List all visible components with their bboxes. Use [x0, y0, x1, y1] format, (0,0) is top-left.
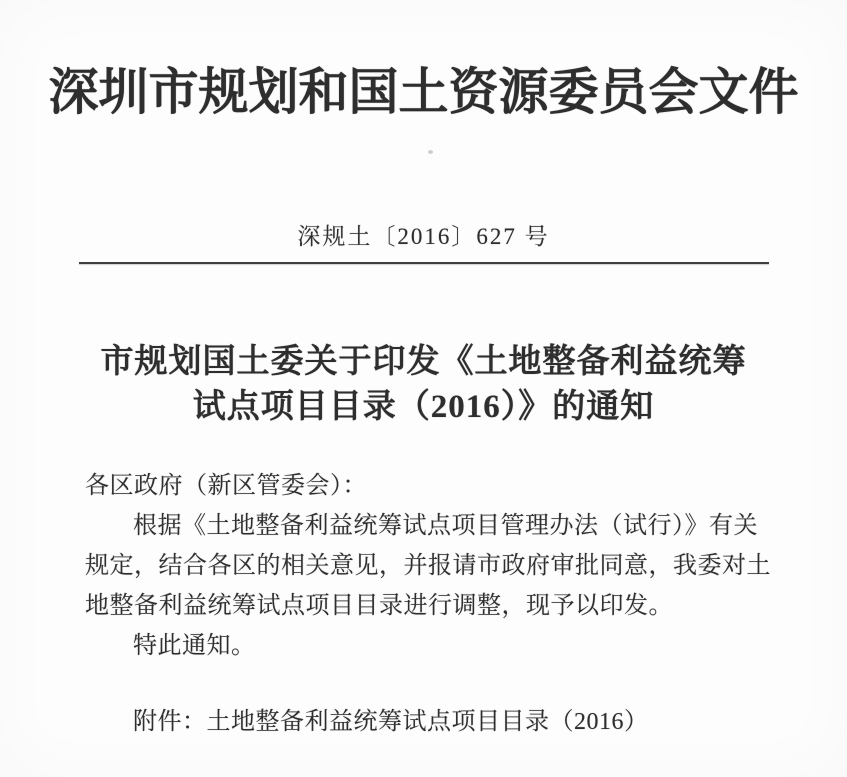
notice-title-line-2: 试点项目目录（2016）》的通知	[0, 385, 847, 430]
paragraph-line-3: 地整备利益统筹试点项目目录进行调整，现予以印发。	[85, 586, 792, 626]
header-rule	[79, 262, 769, 264]
closing-line: 特此通知。	[85, 626, 792, 666]
notice-title: 市规划国土委关于印发《土地整备利益统筹 试点项目目录（2016）》的通知	[0, 340, 847, 430]
paragraph-line-1: 根据《土地整备利益统筹试点项目管理办法（试行）》有关	[85, 506, 792, 546]
attachment-line: 附件：土地整备利益统筹试点项目目录（2016）	[85, 702, 792, 742]
agency-title: 深圳市规划和国土资源委员会文件	[0, 0, 847, 130]
paragraph-line-2: 规定，结合各区的相关意见，并报请市政府审批同意，我委对土	[85, 546, 792, 586]
doc-number: 深规土〔2016〕627 号	[0, 222, 847, 252]
document-page: 深圳市规划和国土资源委员会文件 深规土〔2016〕627 号 市规划国土委关于印…	[0, 0, 847, 777]
salutation: 各区政府（新区管委会）：	[85, 466, 792, 506]
scan-speck	[428, 150, 433, 154]
notice-body: 各区政府（新区管委会）： 根据《土地整备利益统筹试点项目管理办法（试行）》有关 …	[0, 466, 847, 742]
notice-title-line-1: 市规划国土委关于印发《土地整备利益统筹	[0, 340, 847, 385]
